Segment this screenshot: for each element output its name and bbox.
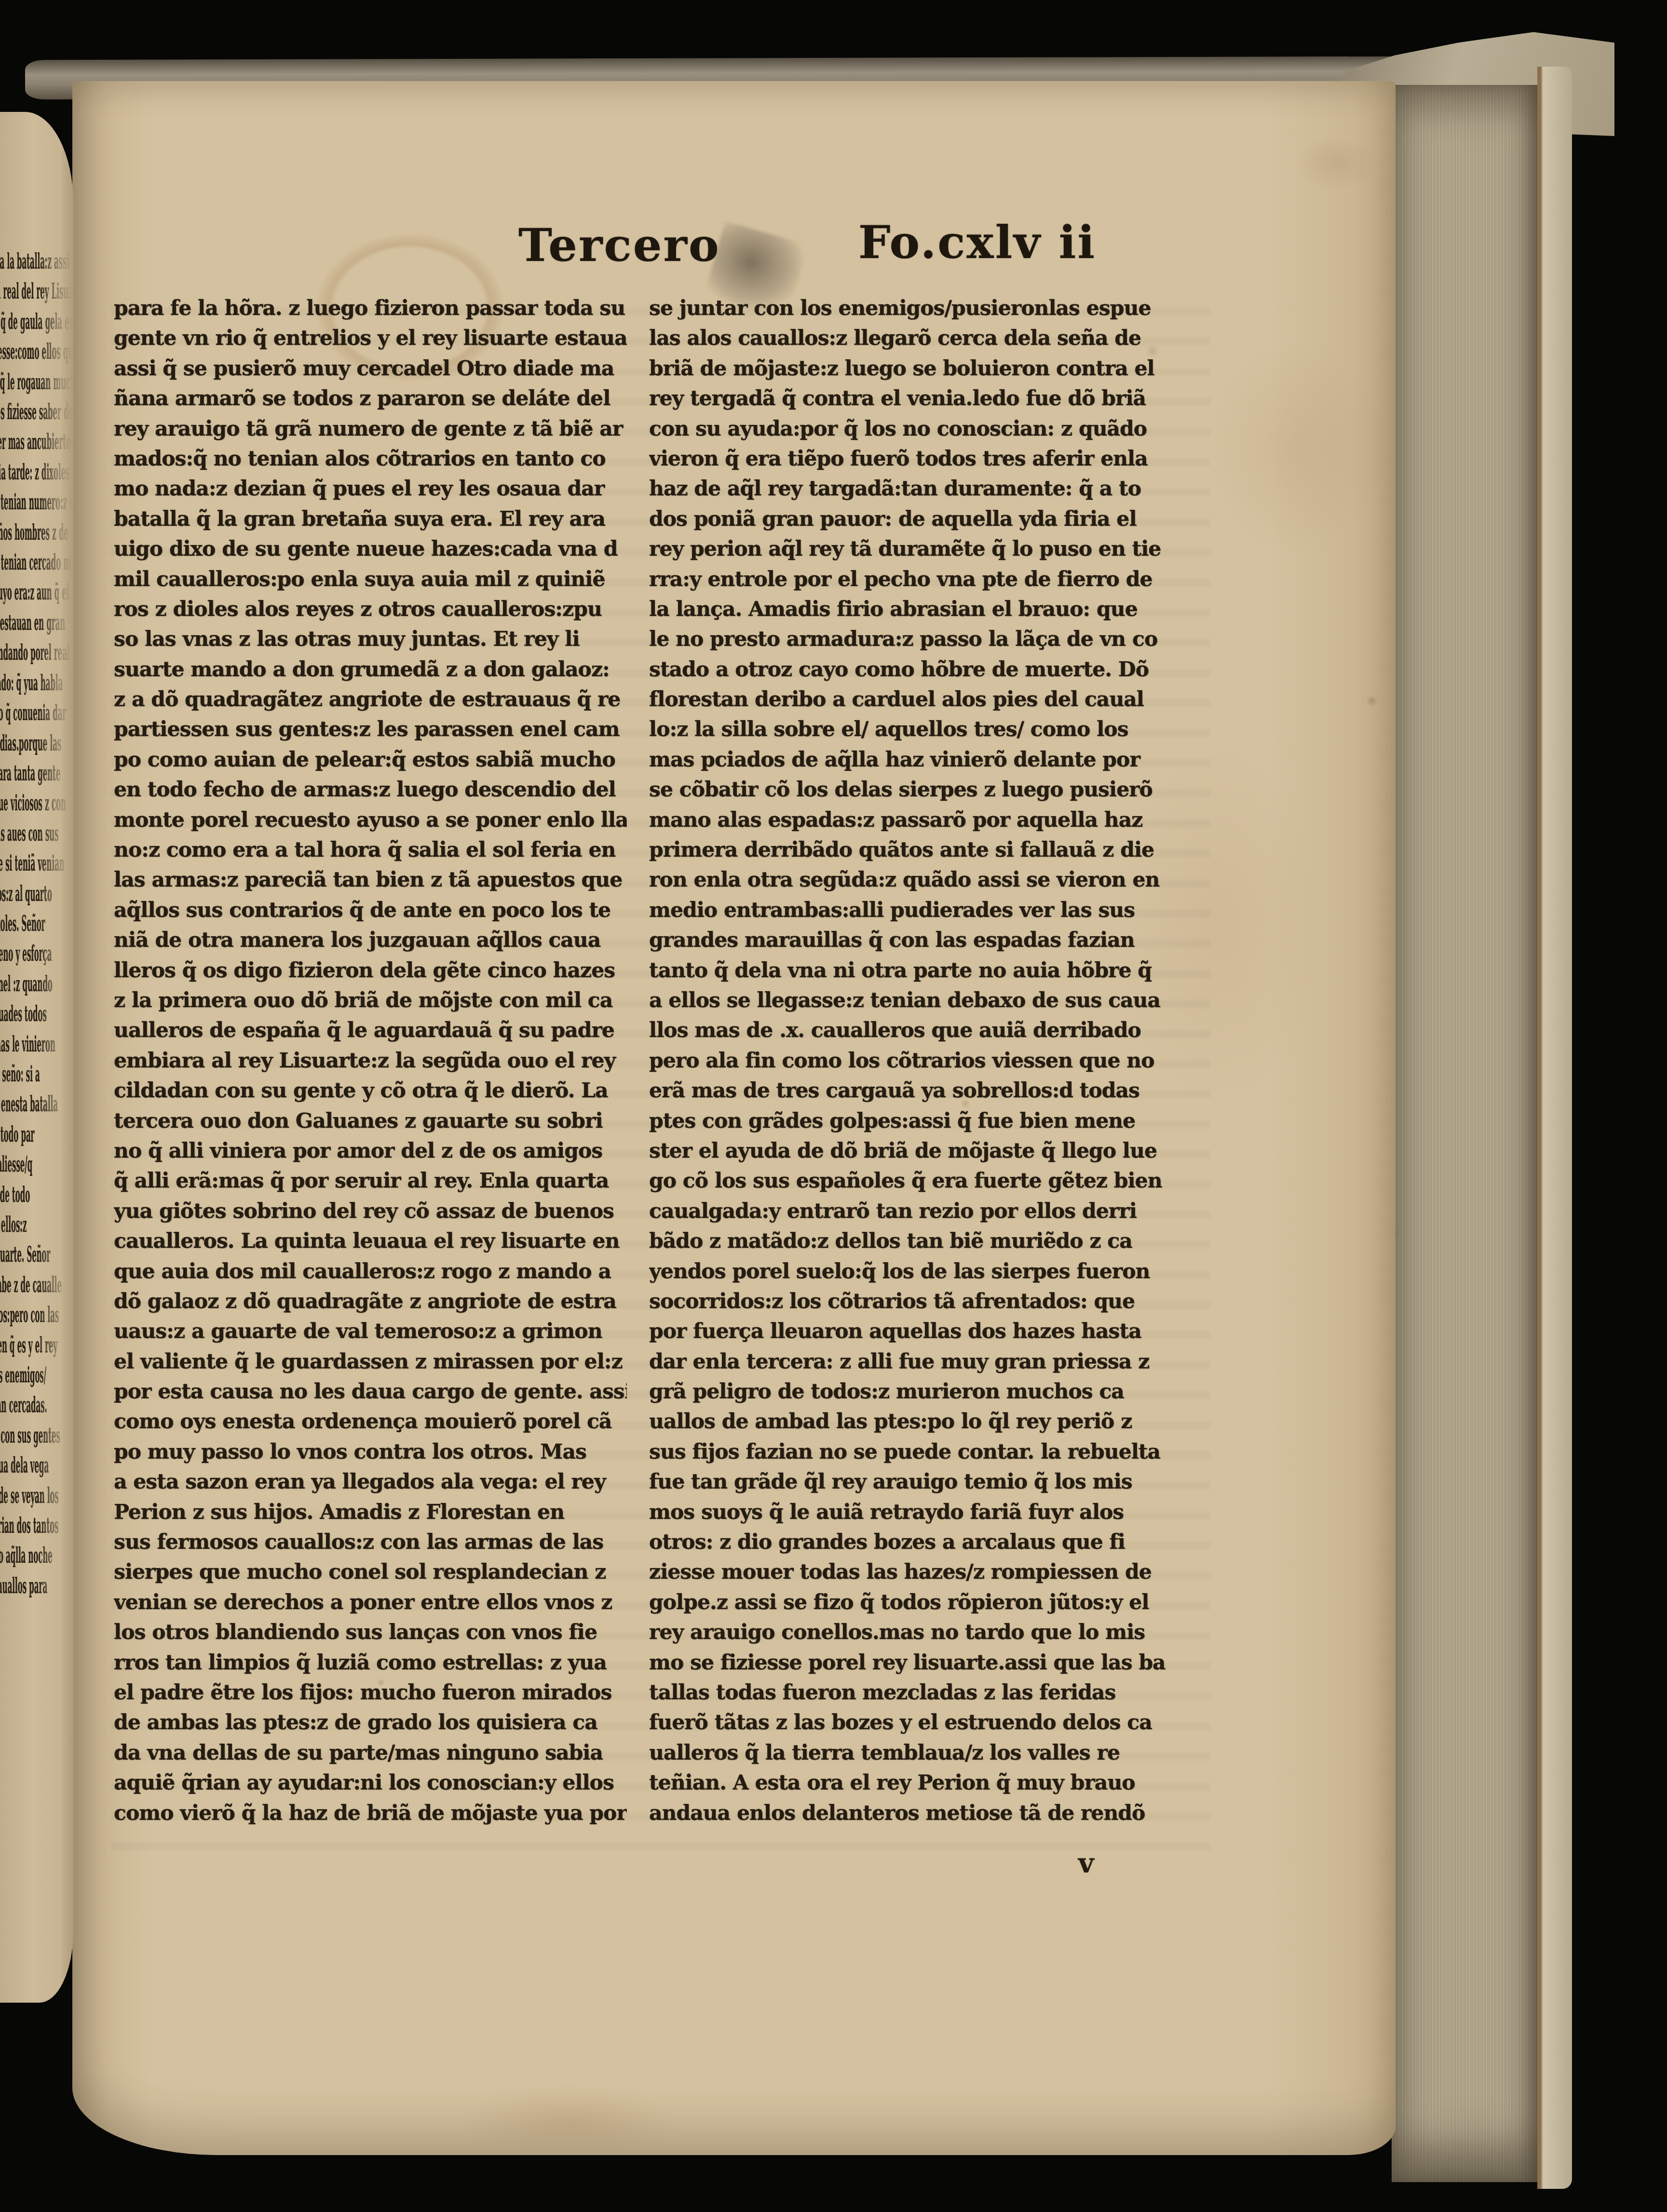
text-line: q̃ alli erã:mas q̃ por seruir al rey. En… bbox=[114, 1166, 627, 1196]
text-line: ñana armarõ se todos z pararon se deláte… bbox=[114, 383, 627, 413]
text-line: fuerõ tãtas z las bozes y el estruendo d… bbox=[649, 1707, 1193, 1737]
text-line: grandes marauillas q̃ con las espadas fa… bbox=[649, 925, 1193, 955]
text-line: suarte mando a don grumedã z a don galao… bbox=[114, 655, 627, 684]
text-line: las alos cauallos:z llegarõ cerca dela s… bbox=[649, 323, 1193, 353]
text-line: lleros q̃ os digo fizieron dela gẽte cin… bbox=[114, 956, 627, 985]
text-line: monte porel recuesto ayuso a se poner en… bbox=[114, 805, 627, 835]
text-line: pero ala fin como los cõtrarios viessen … bbox=[649, 1046, 1193, 1076]
text-line: los otros blandiendo sus lanças con vnos… bbox=[114, 1617, 627, 1647]
text-line: sus fijos fazian no se puede contar. la … bbox=[649, 1437, 1193, 1467]
text-line: ualleros q̃ la tierra temblaua/z los val… bbox=[649, 1738, 1193, 1768]
text-line: sierpes que mucho conel sol resplandecia… bbox=[114, 1557, 627, 1587]
text-line: partiessen sus gentes:z les parassen ene… bbox=[114, 714, 627, 744]
text-line: ptes con grãdes golpes:assi q̃ fue bien … bbox=[649, 1106, 1193, 1136]
text-line: tanto q̃ dela vna ni otra parte no auia … bbox=[649, 956, 1193, 985]
text-line: mil caualleros:po enla suya auia mil z q… bbox=[114, 564, 627, 594]
text-line: caualgada:y entrarõ tan rezio por ellos … bbox=[649, 1196, 1193, 1226]
text-line: bãdo z matãdo:z dellos tan biẽ muriẽdo z… bbox=[649, 1226, 1193, 1256]
text-line: ualleros de españa q̃ le aguardauã q̃ su… bbox=[114, 1015, 627, 1045]
text-line: mados:q̃ no tenian alos cõtrarios en tan… bbox=[114, 444, 627, 474]
text-line: embiara al rey Lisuarte:z la segũda ouo … bbox=[114, 1046, 627, 1076]
text-line: rey arauigo conellos.mas no tardo que lo… bbox=[649, 1617, 1193, 1647]
text-line: rros tan limpios q̃ luziã como estrellas… bbox=[114, 1648, 627, 1678]
text-line: por fuerça lleuaron aquellas dos hazes h… bbox=[649, 1316, 1193, 1346]
text-line: dar enla tercera: z alli fue muy gran pr… bbox=[649, 1347, 1193, 1377]
text-line: gente vn rio q̃ entrelios y el rey lisua… bbox=[114, 323, 627, 353]
text-line: briã de mõjaste:z luego se boluieron con… bbox=[649, 354, 1193, 383]
text-line: mo se fiziesse porel rey lisuarte.assi q… bbox=[649, 1648, 1193, 1678]
text-line: cildadan con su gente y cõ otra q̃ le di… bbox=[114, 1076, 627, 1106]
text-line: dõ galaoz z dõ quadragãte z angriote de … bbox=[114, 1286, 627, 1316]
text-line: fue tan grãde q̃l rey arauigo temio q̃ l… bbox=[649, 1467, 1193, 1497]
signature-mark: v bbox=[1078, 1847, 1094, 1879]
text-column-left: para fe la hõra. z luego fizieron passar… bbox=[114, 293, 627, 1828]
text-line: ros z dioles alos reyes z otros caualler… bbox=[114, 594, 627, 624]
text-line: se juntar con los enemigos/pusieronlas e… bbox=[649, 293, 1193, 323]
text-line: sus fermosos cauallos:z con las armas de… bbox=[114, 1527, 627, 1557]
text-line: z a dõ quadragãtez angriote de estrauaus… bbox=[114, 684, 627, 714]
text-line: stado a otroz cayo como hõbre de muerte.… bbox=[649, 655, 1193, 684]
text-line: po muy passo lo vnos contra los otros. M… bbox=[114, 1437, 627, 1467]
text-line: para fe la hõra. z luego fizieron passar… bbox=[114, 293, 627, 323]
left-page-edge: ria la batalla:z assial real del rey Lis… bbox=[0, 112, 73, 2003]
text-line: no q̃ alli viniera por amor del z de os … bbox=[114, 1136, 627, 1166]
text-line: dos poniã gran pauor: de aquella yda fir… bbox=[649, 504, 1193, 534]
text-line: po como auian de pelear:q̃ estos sabiã m… bbox=[114, 745, 627, 775]
text-line: uigo dixo de su gente nueue hazes:cada v… bbox=[114, 534, 627, 564]
text-line: de ambas las ptes:z de grado los quisier… bbox=[114, 1707, 627, 1737]
text-line: uallos de ambad las ptes:po lo q̃l rey p… bbox=[649, 1406, 1193, 1436]
text-column-right: se juntar con los enemigos/pusieronlas e… bbox=[649, 293, 1193, 1828]
text-line: la lança. Amadis firio abrasian el brauo… bbox=[649, 594, 1193, 624]
text-line: no:z como era a tal hora q̃ salia el sol… bbox=[114, 835, 627, 865]
text-line: yua giõtes sobrino del rey cõ assaz de b… bbox=[114, 1196, 627, 1226]
text-line: mos suoys q̃ le auiã retraydo fariã fuyr… bbox=[649, 1497, 1193, 1527]
text-line: rey arauigo tã grã numero de gente z tã … bbox=[114, 414, 627, 444]
gutter-shadow bbox=[0, 112, 73, 2003]
page-stack-fore-edge bbox=[1392, 85, 1539, 2182]
text-line: mas pciados de aq̃lla haz vinierõ delant… bbox=[649, 745, 1193, 775]
text-line: tallas todas fueron mezcladas z las feri… bbox=[649, 1678, 1193, 1707]
book-cover-edge bbox=[1537, 67, 1572, 2189]
text-line: Perion z sus hijos. Amadis z Florestan e… bbox=[114, 1497, 627, 1527]
text-line: da vna dellas de su parte/mas ninguno sa… bbox=[114, 1738, 627, 1768]
book-page: Tercero Fo.cxlv ii para fe la hõra. z lu… bbox=[72, 81, 1396, 2155]
text-line: a esta sazon eran ya llegados ala vega: … bbox=[114, 1467, 627, 1497]
text-line: z la primera ouo dõ briã de mõjste con m… bbox=[114, 985, 627, 1015]
text-line: yendos porel suelo:q̃ los de las sierpes… bbox=[649, 1256, 1193, 1286]
text-line: haz de aq̃l rey targadã:tan duramente: q… bbox=[649, 474, 1193, 504]
text-line: teñian. A esta ora el rey Perion q̃ muy … bbox=[649, 1768, 1193, 1798]
text-line: mano alas espadas:z passarõ por aquella … bbox=[649, 805, 1193, 835]
text-line: que auia dos mil caualleros:z rogo z man… bbox=[114, 1256, 627, 1286]
text-line: primera derribãdo quãtos ante si fallauã… bbox=[649, 835, 1193, 865]
folio-number: Fo.cxlv ii bbox=[858, 216, 1096, 269]
text-line: llos mas de .x. caualleros que auiã derr… bbox=[649, 1015, 1193, 1045]
text-line: otros: z dio grandes bozes a arcalaus qu… bbox=[649, 1527, 1193, 1557]
text-line: rra:y entrole por el pecho vna pte de fi… bbox=[649, 564, 1193, 594]
text-line: niã de otra manera los juzgauan aq̃llos … bbox=[114, 925, 627, 955]
running-title: Tercero bbox=[518, 219, 720, 272]
text-line: aquiẽ q̃rian ay ayudar:ni los conoscian:… bbox=[114, 1768, 627, 1798]
text-line: como vierõ q̃ la haz de briã de mõjaste … bbox=[114, 1798, 627, 1828]
text-line: grã peligro de todos:z murieron muchos c… bbox=[649, 1377, 1193, 1406]
text-line: ster el ayuda de dõ briã de mõjaste q̃ l… bbox=[649, 1136, 1193, 1166]
text-line: el valiente q̃ le guardassen z mirassen … bbox=[114, 1347, 627, 1377]
text-line: ziesse mouer todas las hazes/z rompiesse… bbox=[649, 1557, 1193, 1587]
text-line: con su ayuda:por q̃ los no conoscian: z … bbox=[649, 414, 1193, 444]
text-line: caualleros. La quinta leuaua el rey lisu… bbox=[114, 1226, 627, 1256]
text-line: so las vnas z las otras muy juntas. Et r… bbox=[114, 624, 627, 654]
text-line: batalla q̃ la gran bretaña suya era. El … bbox=[114, 504, 627, 534]
text-line: medio entrambas:alli pudierades ver las … bbox=[649, 895, 1193, 925]
text-line: rey perion aq̃l rey tã duramẽte q̃ lo pu… bbox=[649, 534, 1193, 564]
text-line: venian se derechos a poner entre ellos v… bbox=[114, 1587, 627, 1617]
text-line: se cõbatir cõ los delas sierpes z luego … bbox=[649, 775, 1193, 805]
text-line: aq̃llos sus contrarios q̃ de ante en poc… bbox=[114, 895, 627, 925]
text-line: uaus:z a gauarte de val temeroso:z a gri… bbox=[114, 1316, 627, 1346]
text-line: vieron q̃ era tiẽpo fuerõ todos tres afe… bbox=[649, 444, 1193, 474]
text-line: ron enla otra segũda:z quãdo assi se vie… bbox=[649, 865, 1193, 895]
text-line: el padre ẽtre los fijos: mucho fueron mi… bbox=[114, 1678, 627, 1707]
text-line: lo:z la silla sobre el/ aquellos tres/ c… bbox=[649, 714, 1193, 744]
text-line: a ellos se llegasse:z tenian debaxo de s… bbox=[649, 985, 1193, 1015]
text-line: florestan deribo a carduel alos pies del… bbox=[649, 684, 1193, 714]
text-line: le no presto armadura:z passo la lãça de… bbox=[649, 624, 1193, 654]
text-line: assi q̃ se pusierõ muy cercadel Otro dia… bbox=[114, 354, 627, 383]
text-line: como oys enesta ordenença mouierõ porel … bbox=[114, 1406, 627, 1436]
text-line: rey tergadã q̃ contra el venia.ledo fue … bbox=[649, 383, 1193, 413]
text-line: en todo fecho de armas:z luego descendio… bbox=[114, 775, 627, 805]
scanned-book-photo: ria la batalla:z assial real del rey Lis… bbox=[0, 0, 1667, 2212]
text-line: andaua enlos delanteros metiose tã de re… bbox=[649, 1798, 1193, 1828]
text-line: golpe.z assi se fizo q̃ todos rõpieron j… bbox=[649, 1587, 1193, 1617]
text-line: socorridos:z los cõtrarios tã afrentados… bbox=[649, 1286, 1193, 1316]
text-line: go cõ los sus españoles q̃ era fuerte gẽ… bbox=[649, 1166, 1193, 1196]
text-line: mo nada:z dezian q̃ pues el rey les osau… bbox=[114, 474, 627, 504]
text-line: erã mas de tres cargauã ya sobrellos:d t… bbox=[649, 1076, 1193, 1106]
text-line: por esta causa no les daua cargo de gent… bbox=[114, 1377, 627, 1406]
text-line: tercera ouo don Galuanes z gauarte su so… bbox=[114, 1106, 627, 1136]
text-line: las armas:z pareciã tan bien z tã apuest… bbox=[114, 865, 627, 895]
